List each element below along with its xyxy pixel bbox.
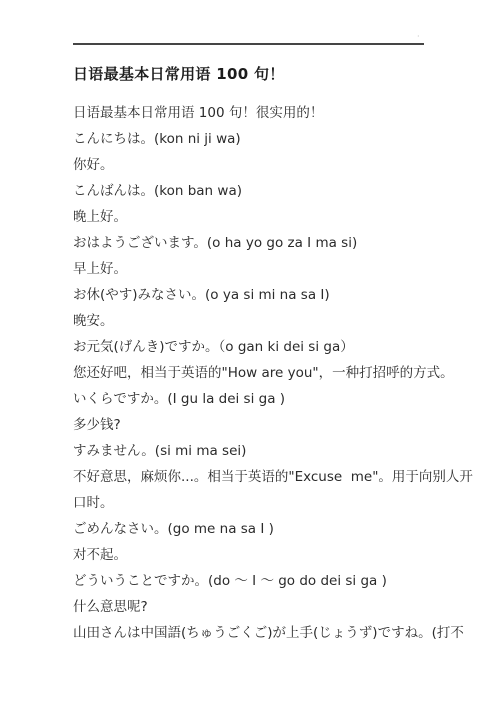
text-line: お休(やす)みなさい。(o ya si mi na sa I) (73, 282, 493, 308)
page-subtitle: 日语最基本日常用语 100 句！很实用的！ (73, 100, 493, 126)
text-line: 口时。 (73, 490, 493, 516)
document-page: · 日语最基本日常用语 100 句！ 日语最基本日常用语 100 句！很实用的！… (0, 0, 500, 708)
text-line: 早上好。 (73, 256, 493, 282)
scan-artifact-mark: · (417, 33, 420, 41)
text-line: 多少钱? (73, 412, 493, 438)
text-line: 什么意思呢? (73, 594, 493, 620)
text-line: 晚上好。 (73, 204, 493, 230)
text-line: すみません。(si mi ma sei) (73, 438, 493, 464)
text-line: こんばんは。(kon ban wa) (73, 178, 493, 204)
text-line: 晚安。 (73, 308, 493, 334)
text-line: どういうことですか。(do ～ I ～ go do dei si ga ) (73, 568, 493, 594)
text-line: 你好。 (73, 152, 493, 178)
document-body: 日语最基本日常用语 100 句！ 日语最基本日常用语 100 句！很实用的！ こ… (73, 64, 493, 646)
horizontal-rule (73, 43, 424, 45)
page-title: 日语最基本日常用语 100 句！ (73, 64, 493, 84)
text-line: こんにちは。(kon ni ji wa) (73, 126, 493, 152)
text-line: 对不起。 (73, 542, 493, 568)
text-line: 山田さんは中国語(ちゅうごくご)が上手(じょうず)ですね。(打不 (73, 620, 493, 646)
text-line: 您还好吧，相当于英语的"How are you"，一种打招呼的方式。 (73, 360, 493, 386)
text-line: いくらですか。(I gu la dei si ga ) (73, 386, 493, 412)
text-line: お元気(げんき)ですか。（o gan ki dei si ga） (73, 334, 493, 360)
text-line: おはようございます。(o ha yo go za I ma si) (73, 230, 493, 256)
text-line: 不好意思，麻烦你...。相当于英语的"Excuse me"。用于向别人开 (73, 464, 493, 490)
text-line: ごめんなさい。(go me na sa I ) (73, 516, 493, 542)
